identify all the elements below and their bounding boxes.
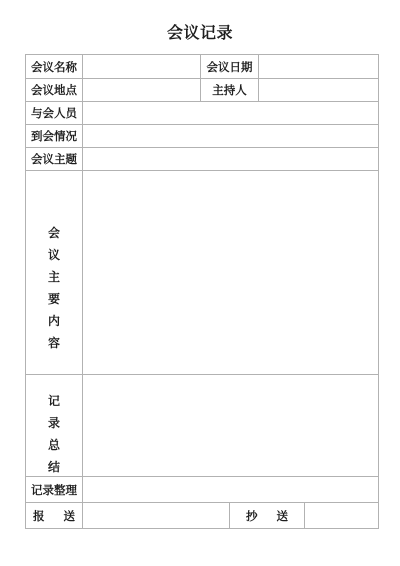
host-label: 主持人 [201,79,259,101]
meeting-place-field[interactable] [83,79,201,101]
row-main-content: 会议主要内容 [26,171,378,375]
row-attendees: 与会人员 [26,102,378,125]
row-place-host: 会议地点 主持人 [26,79,378,102]
main-content-label: 会议主要内容 [26,171,83,374]
host-field[interactable] [259,79,378,101]
row-name-date: 会议名称 会议日期 [26,55,378,79]
main-content-field[interactable] [83,171,378,374]
report-to-label-text: 报送 [33,508,75,524]
meeting-name-label: 会议名称 [26,55,83,78]
form-table: 会议名称 会议日期 会议地点 主持人 与会人员 到会情况 会议主题 会议主要内容 [25,54,379,529]
meeting-minutes-page: 会议记录 会议名称 会议日期 会议地点 主持人 与会人员 到会情况 会议主题 [0,0,400,566]
report-to-label: 报送 [26,503,83,528]
row-send-copy: 报送 抄送 [26,503,378,528]
report-to-field[interactable] [83,503,230,528]
summary-field[interactable] [83,375,378,476]
copy-to-field[interactable] [305,503,378,528]
row-summary: 记录总结 [26,375,378,477]
attendees-field[interactable] [83,102,378,124]
attendees-label: 与会人员 [26,102,83,124]
topic-label: 会议主题 [26,148,83,170]
copy-to-label-text: 抄送 [246,508,288,524]
meeting-name-field[interactable] [83,55,201,78]
row-topic: 会议主题 [26,148,378,171]
meeting-date-field[interactable] [259,55,378,78]
organizer-field[interactable] [83,477,378,502]
meeting-date-label: 会议日期 [201,55,259,78]
row-attendance: 到会情况 [26,125,378,148]
attendance-label: 到会情况 [26,125,83,147]
row-organizer: 记录整理 [26,477,378,503]
meeting-place-label: 会议地点 [26,79,83,101]
organizer-label: 记录整理 [26,477,83,502]
summary-label: 记录总结 [26,375,83,476]
copy-to-label: 抄送 [230,503,305,528]
topic-field[interactable] [83,148,378,170]
page-title: 会议记录 [0,20,400,43]
attendance-field[interactable] [83,125,378,147]
